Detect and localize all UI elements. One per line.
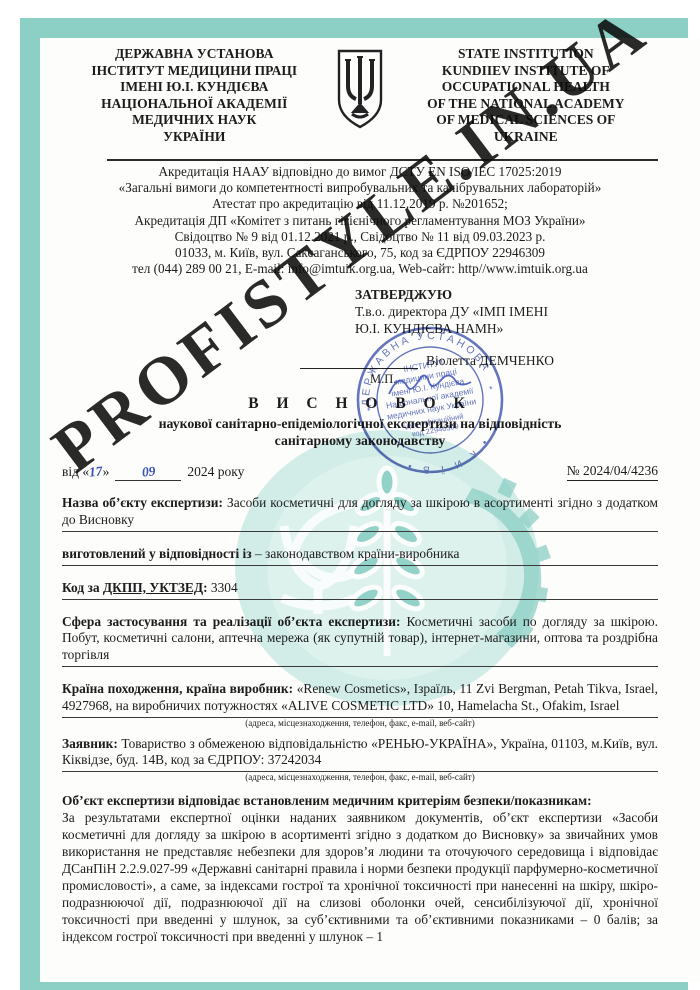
accreditation-line: Атестат про акредитацію від 11.12.2019 р… xyxy=(62,196,658,212)
org-ua-line: НАЦІОНАЛЬНОЇ АКАДЕМІЇ xyxy=(62,96,326,113)
org-en-line: OCCUPATIONAL HEALTH xyxy=(394,79,658,96)
accreditation-line: Свідоцтво № 9 від 01.12.2021 р., Свідоцт… xyxy=(62,229,658,245)
field-label: Сфера застосування та реалізації об’єкта… xyxy=(62,614,400,629)
ukraine-trident-emblem-icon xyxy=(331,48,389,132)
approval-title: ЗАТВЕРДЖУЮ xyxy=(355,286,658,303)
document-number: № 2024/04/4236 xyxy=(567,463,658,481)
accreditation-line: 01033, м. Київ, вул. Саксаганського, 75,… xyxy=(62,245,658,261)
org-ua-line: ДЕРЖАВНА УСТАНОВА xyxy=(62,46,326,63)
field-caption: (адреса, місцезнаходження, телефон, факс… xyxy=(62,772,658,783)
conclusion-heading: Об’єкт експертизи відповідає встановлени… xyxy=(62,793,592,808)
accreditation-line: Акредитація ДП «Комітет з питань гігієні… xyxy=(62,213,658,229)
org-en-line: OF THE NATIONAL ACADEMY xyxy=(394,96,658,113)
handwritten-day: 17 xyxy=(88,464,103,481)
field-applicant: Заявник: Товариство з обмеженою відповід… xyxy=(62,736,658,773)
org-en-line: OF MEDICAL SCIENCES OF xyxy=(394,112,658,129)
field-made-in-accordance: виготовлений у відповідності із – законо… xyxy=(62,546,658,566)
date-year: 2024 року xyxy=(187,464,244,479)
date-line: від «17»092024 року xyxy=(62,464,244,481)
field-colon: : xyxy=(203,580,207,595)
conclusion-text: За результатами експертної оцінки надани… xyxy=(62,810,658,944)
field-value: – законодавством країни-виробника xyxy=(255,546,460,561)
accreditation-line: тел (044) 289 00 21, E-mail: info@imtuik… xyxy=(62,261,658,277)
svg-text:*: * xyxy=(488,384,494,395)
org-name-english: STATE INSTITUTION KUNDIIEV INSTITUTE OF … xyxy=(394,46,658,145)
org-en-line: UKRAINE xyxy=(394,129,658,146)
conclusion-paragraph: Об’єкт експертизи відповідає встановлени… xyxy=(62,792,658,945)
org-name-ukrainian: ДЕРЖАВНА УСТАНОВА ІНСТИТУТ МЕДИЦИНИ ПРАЦ… xyxy=(62,46,326,145)
org-ua-line: ІМЕНІ Ю.І. КУНДІЄВА xyxy=(62,79,326,96)
accreditation-line: «Загальні вимоги до компетентності випро… xyxy=(62,180,658,196)
accreditation-block: Акредитація НААУ відповідно до вимог ДСТ… xyxy=(62,164,658,277)
handwritten-signature xyxy=(385,368,475,402)
field-origin-wrap: Країна походження, країна виробник: «Ren… xyxy=(62,681,658,729)
field-scope: Сфера застосування та реалізації об’єкта… xyxy=(62,614,658,667)
stamp-ring-bottom-text: • К И Ї В • xyxy=(400,435,494,482)
field-label: Назва об’єкту експертизи: xyxy=(62,495,223,510)
document-page: ДЕРЖАВНА УСТАНОВА ІНСТИТУТ МЕДИЦИНИ ПРАЦ… xyxy=(40,38,700,982)
date-prefix: від « xyxy=(62,464,89,479)
org-ua-line: ІНСТИТУТ МЕДИЦИНИ ПРАЦІ xyxy=(62,63,326,80)
org-ua-line: МЕДИЧНИХ НАУК xyxy=(62,112,326,129)
field-label-underlined: ДКПП, УКТЗЕД xyxy=(103,580,203,595)
accreditation-line: Акредитація НААУ відповідно до вимог ДСТ… xyxy=(62,164,658,180)
org-en-line: STATE INSTITUTION xyxy=(394,46,658,63)
field-caption: (адреса, місцезнаходження, телефон, факс… xyxy=(62,718,658,729)
field-value: 3304 xyxy=(211,580,238,595)
field-object-name: Назва об’єкту експертизи: Засоби космети… xyxy=(62,495,658,532)
field-applicant-wrap: Заявник: Товариство з обмеженою відповід… xyxy=(62,736,658,784)
field-label: Код за xyxy=(62,580,100,595)
field-label: Країна походження, країна виробник: xyxy=(62,681,293,696)
header-divider xyxy=(107,159,658,161)
svg-text:*: * xyxy=(366,405,372,416)
org-ua-line: УКРАЇНИ xyxy=(62,129,326,146)
letterhead: ДЕРЖАВНА УСТАНОВА ІНСТИТУТ МЕДИЦИНИ ПРАЦ… xyxy=(62,46,658,145)
field-value: Товариство з обмеженою відповідальністю … xyxy=(62,736,658,768)
org-en-line: KUNDIIEV INSTITUTE OF xyxy=(394,63,658,80)
field-label: виготовлений у відповідності із xyxy=(62,546,252,561)
handwritten-month: 09 xyxy=(141,464,156,481)
field-origin: Країна походження, країна виробник: «Ren… xyxy=(62,681,658,718)
field-product-code: Код за ДКПП, УКТЗЕД: 3304 xyxy=(62,580,658,600)
field-label: Заявник: xyxy=(62,736,118,751)
svg-text:• К И Ї В •: • К И Ї В • xyxy=(400,435,494,482)
